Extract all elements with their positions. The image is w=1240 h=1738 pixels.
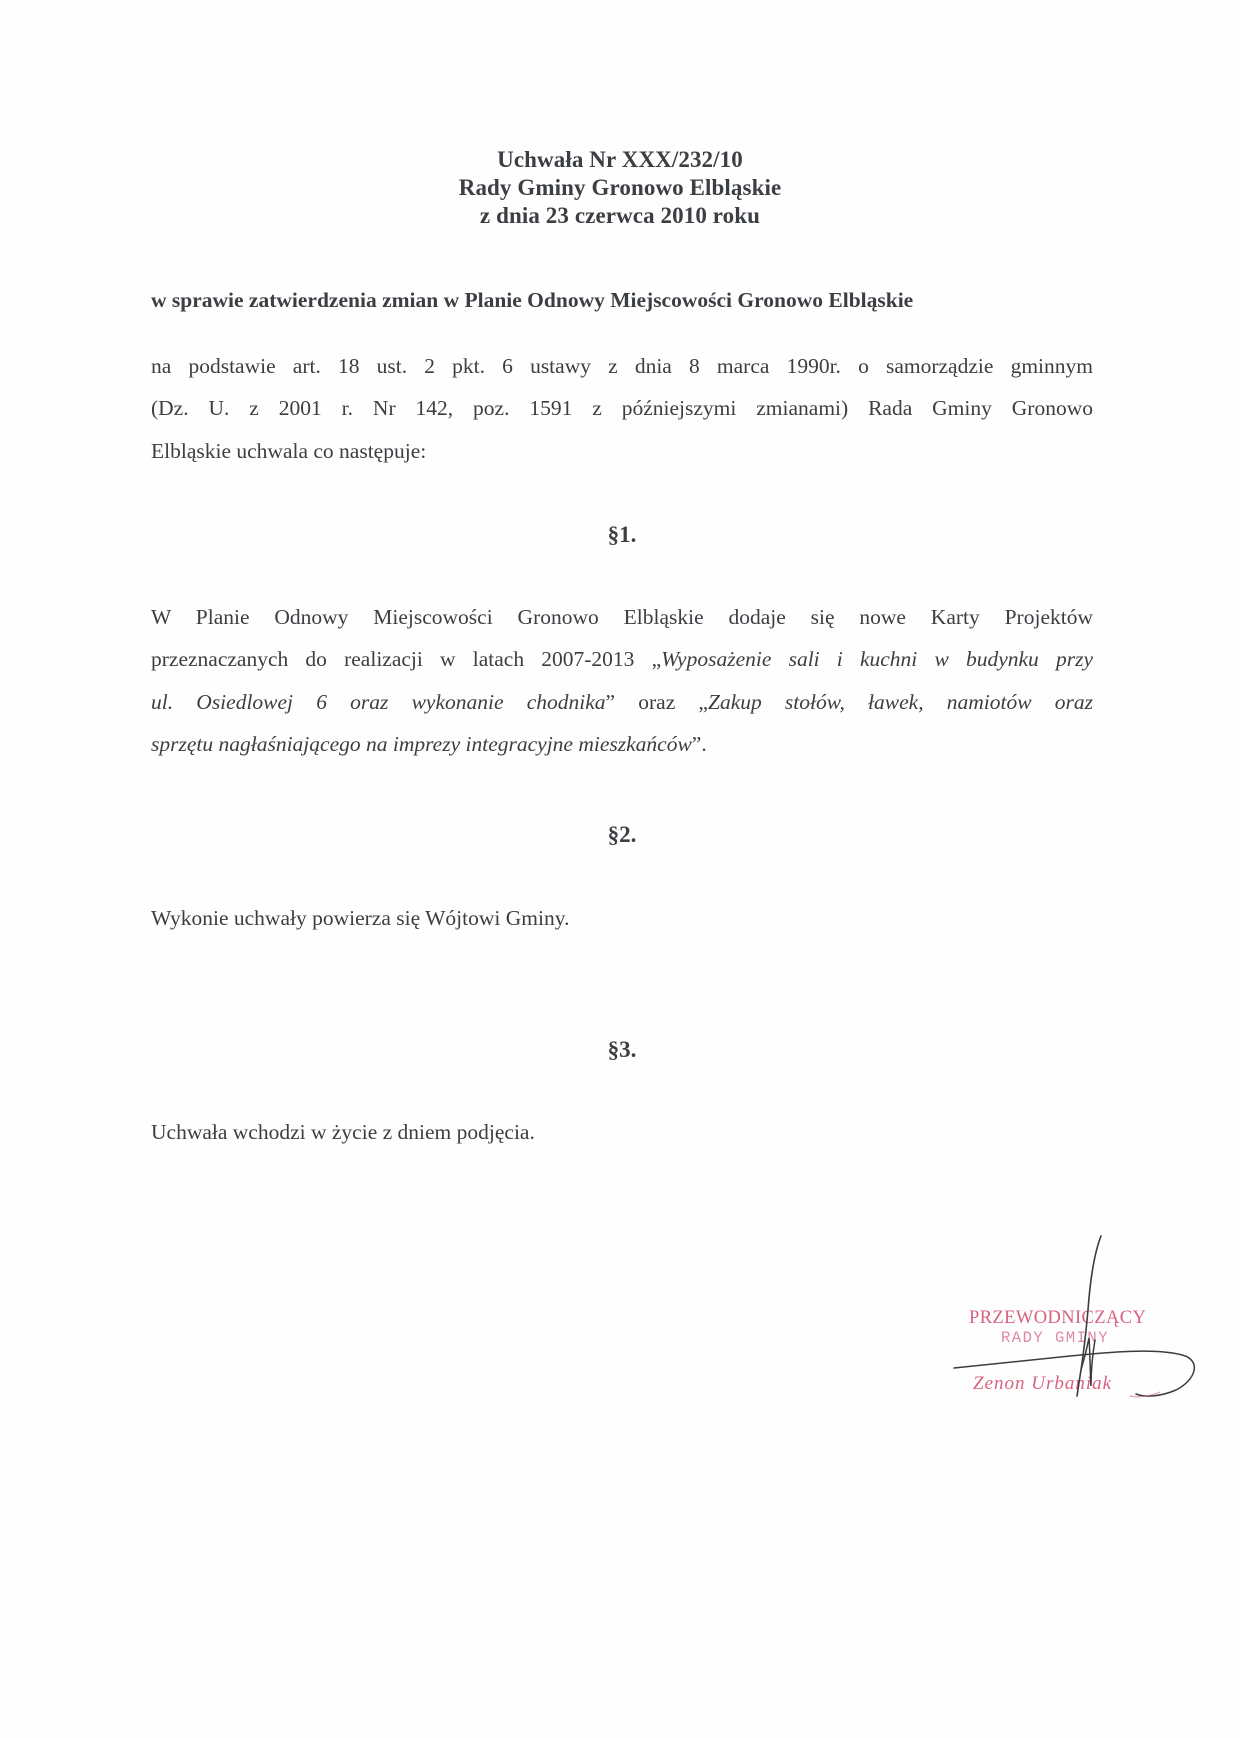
- section-3-heading: §3.: [2, 1036, 1240, 1064]
- issuing-body: Rady Gminy Gronowo Elbląskie: [0, 174, 1240, 202]
- legal-basis-line: na podstawie art. 18 ust. 2 pkt. 6 ustaw…: [151, 345, 1093, 387]
- resolution-title: Uchwała Nr XXX/232/10 Rady Gminy Gronowo…: [0, 146, 1240, 230]
- resolution-date: z dnia 23 czerwca 2010 roku: [0, 202, 1240, 230]
- stamp-title: PRZEWODNICZĄCY: [969, 1308, 1146, 1329]
- section-2-text: Wykonie uchwały powierza się Wójtowi Gmi…: [151, 897, 1093, 939]
- body-text: ”.: [692, 732, 707, 756]
- section-2-heading: §2.: [2, 821, 1240, 849]
- stamp-name: Zenon Urbaniak: [973, 1373, 1112, 1395]
- section-1-line: ul. Osiedlowej 6 oraz wykonanie chodnika…: [151, 681, 1093, 723]
- project-title-text: Wyposażenie sali i kuchni w budynku przy: [661, 647, 1093, 671]
- section-2-paragraph: Wykonie uchwały powierza się Wójtowi Gmi…: [151, 897, 1093, 939]
- legal-basis-paragraph: na podstawie art. 18 ust. 2 pkt. 6 ustaw…: [151, 345, 1093, 472]
- section-1-line: W Planie Odnowy Miejscowości Gronowo Elb…: [151, 596, 1093, 638]
- project-title-text: sprzętu nagłaśniającego na imprezy integ…: [151, 732, 692, 756]
- stamp-subtitle: RADY GMINY: [1001, 1329, 1109, 1347]
- section-1-paragraph: W Planie Odnowy Miejscowości Gronowo Elb…: [151, 596, 1093, 765]
- section-3-text: Uchwała wchodzi w życie z dniem podjęcia…: [151, 1111, 1093, 1153]
- document-page: Uchwała Nr XXX/232/10 Rady Gminy Gronowo…: [0, 0, 1240, 1738]
- legal-basis-line: (Dz. U. z 2001 r. Nr 142, poz. 1591 z pó…: [151, 387, 1093, 429]
- project-title-text: ul. Osiedlowej 6 oraz wykonanie chodnika: [151, 690, 606, 714]
- body-text: ” oraz „: [606, 690, 708, 714]
- section-1-heading: §1.: [2, 521, 1240, 549]
- section-1-line: sprzętu nagłaśniającego na imprezy integ…: [151, 723, 1093, 765]
- section-3-paragraph: Uchwała wchodzi w życie z dniem podjęcia…: [151, 1111, 1093, 1153]
- section-1-line: przeznaczanych do realizacji w latach 20…: [151, 638, 1093, 680]
- legal-basis-line: Elbląskie uchwala co następuje:: [151, 430, 1093, 472]
- project-title-text: Zakup stołów, ławek, namiotów oraz: [708, 690, 1093, 714]
- chairman-stamp: PRZEWODNICZĄCY RADY GMINY Zenon Urbaniak: [950, 1220, 1210, 1420]
- body-text: przeznaczanych do realizacji w latach 20…: [151, 647, 661, 671]
- body-text: W Planie Odnowy Miejscowości Gronowo Elb…: [151, 605, 1093, 629]
- resolution-number: Uchwała Nr XXX/232/10: [0, 146, 1240, 174]
- resolution-subject: w sprawie zatwierdzenia zmian w Planie O…: [151, 286, 913, 314]
